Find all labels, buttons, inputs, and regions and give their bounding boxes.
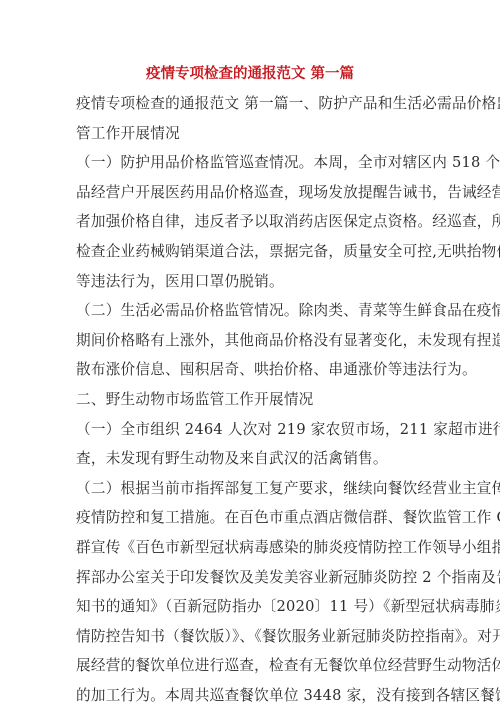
paragraph-line: 者加强价格自律，违反者予以取消药店医保定点资格。经巡查，所 xyxy=(76,207,428,237)
paragraph-line: 情防控告知书（餐饮版）》、《餐饮服务业新冠肺炎防控指南》。对开 xyxy=(76,622,428,652)
paragraph-line: 的加工行为。本周共巡查餐饮单位 3448 家，没有接到各辖区餐饮单 xyxy=(76,681,428,707)
paragraph-line: 疫情防控和复工措施。在百色市重点酒店微信群、餐饮监管工作 QQ xyxy=(76,503,428,533)
paragraph-line: （二）根据当前市指挥部复工复产要求，继续向餐饮经营业主宣传 xyxy=(76,474,428,504)
paragraph-line: 群宣传《百色市新型冠状病毒感染的肺炎疫情防控工作领导小组指 xyxy=(76,533,428,563)
paragraph-line: （二）生活必需品价格监管情况。除肉类、青菜等生鲜食品在疫情 xyxy=(76,296,428,326)
paragraph-line: （一）全市组织 2464 人次对 219 家农贸市场，211 家超市进行检 xyxy=(76,415,428,445)
paragraph-line: 期间价格略有上涨外，其他商品价格没有显著变化，未发现有捏造 xyxy=(76,326,428,356)
paragraph-line: 等违法行为，医用口罩仍脱销。 xyxy=(76,267,428,297)
paragraph-line: 展经营的餐饮单位进行巡查，检查有无餐饮单位经营野生动物活体 xyxy=(76,651,428,681)
document-page: 疫情专项检查的通报范文 第一篇 疫情专项检查的通报范文 第一篇一、防护产品和生活… xyxy=(0,0,500,707)
paragraph-line: 管工作开展情况 xyxy=(76,119,428,149)
paragraph-line: 挥部办公室关于印发餐饮及美发美容业新冠肺炎防控 2 个指南及告 xyxy=(76,563,428,593)
document-title: 疫情专项检查的通报范文 第一篇 xyxy=(0,64,500,84)
section-heading: 二、野生动物市场监管工作开展情况 xyxy=(76,385,428,415)
paragraph-line: 散布涨价信息、囤积居奇、哄抬价格、串通涨价等违法行为。 xyxy=(76,355,428,385)
document-body: 疫情专项检查的通报范文 第一篇一、防护产品和生活必需品价格监 管工作开展情况 （… xyxy=(76,89,428,707)
paragraph-line: 检查企业药械购销渠道合法，票据完备，质量安全可控,无哄抬物价 xyxy=(76,237,428,267)
paragraph-line: 品经营户开展医药用品价格巡查，现场发放提醒告诫书，告诫经营 xyxy=(76,178,428,208)
paragraph-line: 知书的通知》（百新冠防指办〔2020〕11 号）《新型冠状病毒肺炎疫 xyxy=(76,592,428,622)
paragraph-line: 疫情专项检查的通报范文 第一篇一、防护产品和生活必需品价格监 xyxy=(76,89,428,119)
paragraph-line: （一）防护用品价格监管巡查情况。本周，全市对辖区内 518 个药 xyxy=(76,148,428,178)
paragraph-line: 查，未发现有野生动物及来自武汉的活禽销售。 xyxy=(76,444,428,474)
